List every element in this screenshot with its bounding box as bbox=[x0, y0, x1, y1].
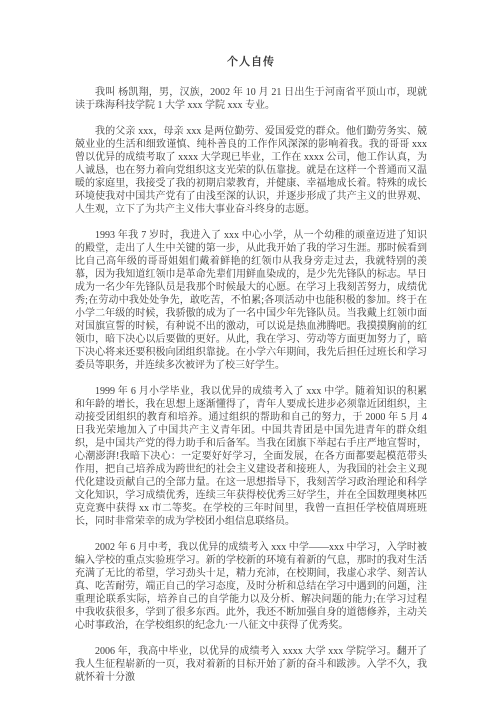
paragraph-primary-school: 1993 年我 7 岁时，我进入了 xxx 中心小学，从一个幼稚的顽童迈进了知识… bbox=[75, 229, 427, 372]
document-page: 个人自传 我叫 杨凯翔，男，汉族，2002 年 10 月 21 日出生于河南省平… bbox=[0, 0, 500, 707]
paragraph-high-school: 2002 年 6 月中考，我以优异的成绩考入 xxx 中学——xxx 中学习，入… bbox=[75, 541, 427, 632]
paragraph-middle-school: 1999 年 6 月小学毕业，我以优异的成绩考入了 xxx 中学。随着知识的积累… bbox=[75, 385, 427, 528]
paragraph-intro: 我叫 杨凯翔，男，汉族，2002 年 10 月 21 日出生于河南省平顶山市，现… bbox=[75, 86, 427, 112]
document-title: 个人自传 bbox=[75, 56, 427, 69]
paragraph-family: 我的父亲 xxx，母亲 xxx 是两位勤劳、爱国爱党的群众。他们勤劳务实、兢兢业… bbox=[75, 125, 427, 216]
paragraph-university: 2006 年，我高中毕业，以优异的成绩考入 xxxx 大学 xxx 学院学习。翻… bbox=[75, 645, 427, 684]
